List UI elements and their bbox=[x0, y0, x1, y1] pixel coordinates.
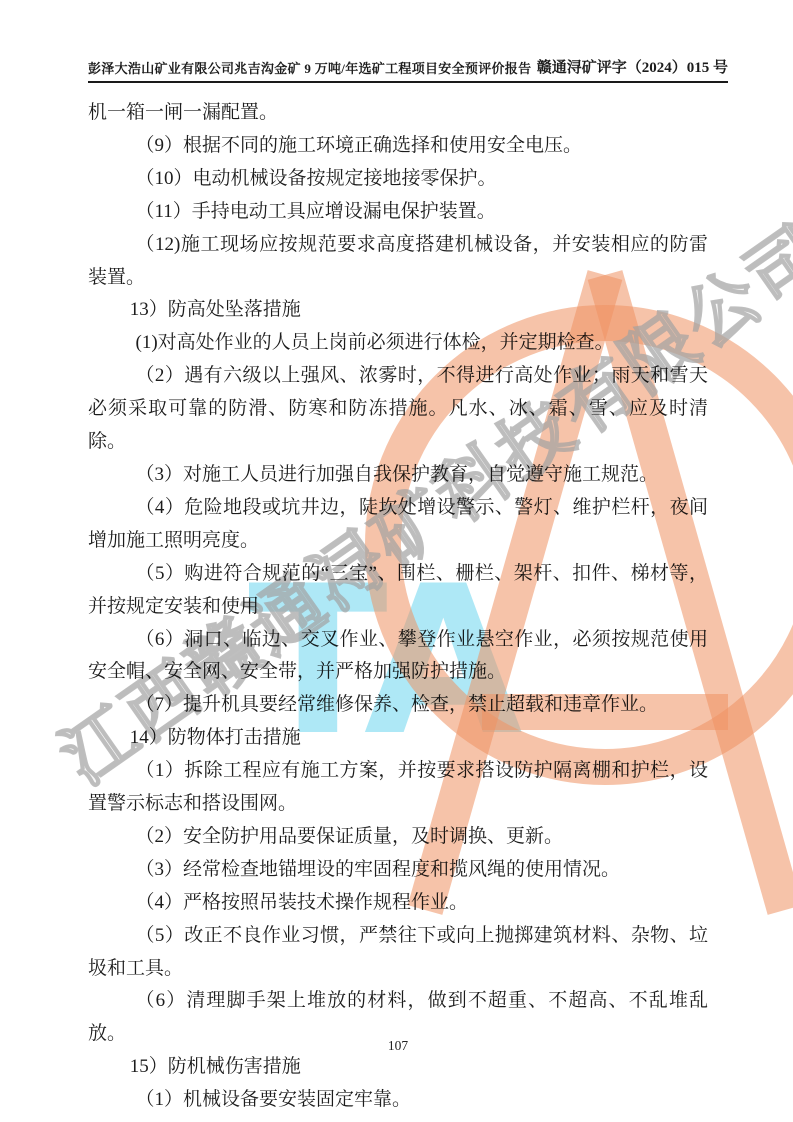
paragraph: 机一箱一闸一漏配置。 bbox=[88, 97, 708, 130]
header-document-number: 赣通浔矿评字（2024）015 号 bbox=[537, 56, 728, 77]
section-heading: 15）防机械伤害措施 bbox=[88, 1051, 708, 1084]
paragraph: (1)对高处作业的人员上岗前必须进行体检，并定期检查。 bbox=[88, 327, 708, 360]
paragraph: （1）拆除工程应有施工方案，并按要求搭设防护隔离棚和护栏，设置警示标志和搭设围网… bbox=[88, 755, 708, 821]
paragraph: （10）电动机械设备按规定接地接零保护。 bbox=[88, 163, 708, 196]
page-header: 彭泽大浩山矿业有限公司兆吉沟金矿 9 万吨/年选矿工程项目安全预评价报告 赣通浔… bbox=[88, 56, 728, 83]
paragraph: （7）提升机具要经常维修保养、检查，禁止超载和违章作业。 bbox=[88, 689, 708, 722]
paragraph: （2）遇有六级以上强风、浓雾时，不得进行高处作业；雨天和雪天必须采取可靠的防滑、… bbox=[88, 360, 708, 459]
paragraph: （2）安全防护用品要保证质量，及时调换、更新。 bbox=[88, 821, 708, 854]
paragraph: （3）经常检查地锚埋设的牢固程度和揽风绳的使用情况。 bbox=[88, 854, 708, 887]
section-heading: 14）防物体打击措施 bbox=[88, 722, 708, 755]
document-page: 彭泽大浩山矿业有限公司兆吉沟金矿 9 万吨/年选矿工程项目安全预评价报告 赣通浔… bbox=[0, 0, 793, 1122]
paragraph: （11）手持电动工具应增设漏电保护装置。 bbox=[88, 196, 708, 229]
section-heading: 13）防高处坠落措施 bbox=[88, 294, 708, 327]
paragraph: （4）危险地段或坑井边，陡坎处增设警示、警灯、维护栏杆，夜间增加施工照明亮度。 bbox=[88, 492, 708, 558]
paragraph: （12)施工现场应按规范要求高度搭建机械设备，并安装相应的防雷装置。 bbox=[88, 229, 708, 295]
page-footer: 107 bbox=[88, 1038, 708, 1054]
header-report-title: 彭泽大浩山矿业有限公司兆吉沟金矿 9 万吨/年选矿工程项目安全预评价报告 bbox=[88, 58, 531, 77]
paragraph: （5）购进符合规范的“三宝”、围栏、栅栏、架杆、扣件、梯材等，并按规定安装和使用 bbox=[88, 558, 708, 624]
document-body: 机一箱一闸一漏配置。 （9）根据不同的施工环境正确选择和使用安全电压。 （10）… bbox=[88, 97, 708, 1117]
page-number: 107 bbox=[388, 1038, 408, 1053]
paragraph: （1）机械设备要安装固定牢靠。 bbox=[88, 1084, 708, 1117]
paragraph: （4）严格按照吊装技术操作规程作业。 bbox=[88, 887, 708, 920]
paragraph: （5）改正不良作业习惯，严禁往下或向上抛掷建筑材料、杂物、垃圾和工具。 bbox=[88, 920, 708, 986]
paragraph: （9）根据不同的施工环境正确选择和使用安全电压。 bbox=[88, 130, 708, 163]
paragraph: （3）对施工人员进行加强自我保护教育，自觉遵守施工规范。 bbox=[88, 459, 708, 492]
paragraph: （6）洞口、临边、交叉作业、攀登作业悬空作业，必须按规范使用安全帽、安全网、安全… bbox=[88, 624, 708, 690]
